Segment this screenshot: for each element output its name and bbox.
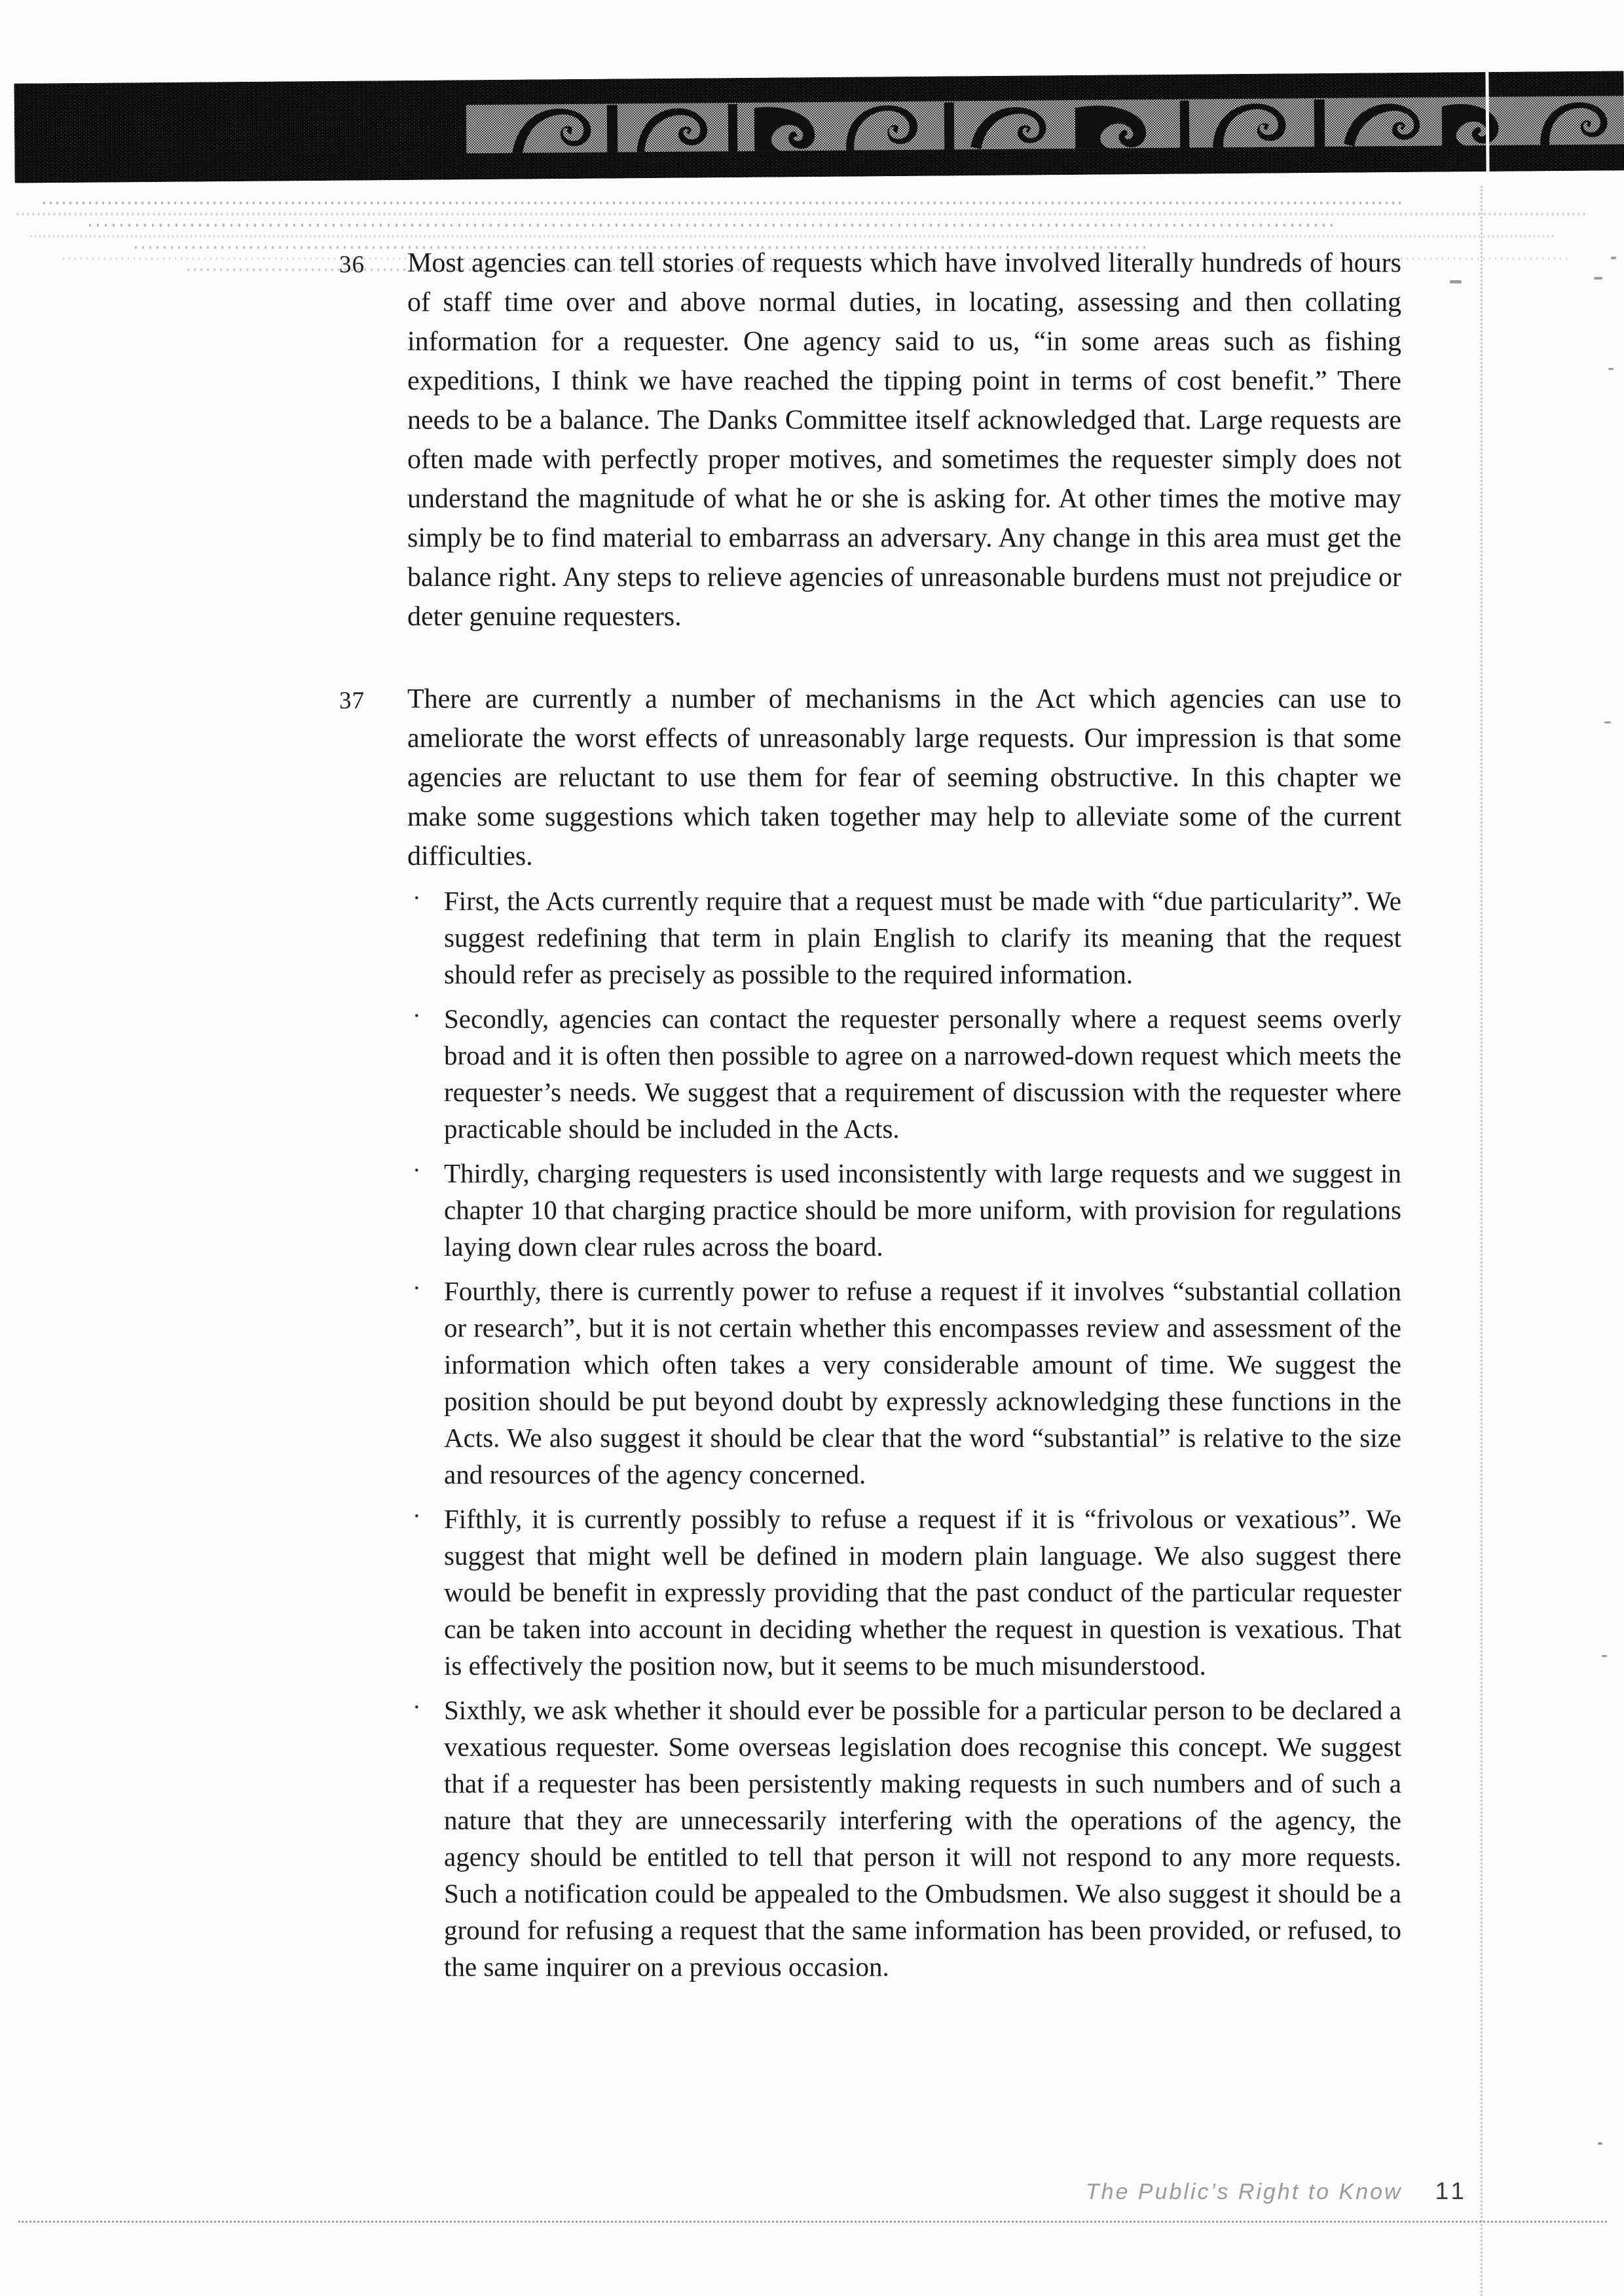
paragraph-number: 36 [339, 246, 365, 285]
bullet-marker-icon: · [413, 1689, 421, 1726]
paragraph-37: 37 There are currently a number of mecha… [339, 680, 1401, 876]
page-number: 11 [1435, 2178, 1468, 2204]
footer-title: The Public’s Right to Know [1086, 2179, 1403, 2204]
bullet-marker-icon: · [413, 1152, 421, 1189]
paragraph-text: Most agencies can tell stories of reques… [407, 244, 1401, 636]
document-page: 36 Most agencies can tell stories of req… [0, 0, 1624, 2296]
bullet-marker-icon: · [413, 1498, 421, 1535]
bullet-text: Thirdly, charging requesters is used inc… [444, 1158, 1401, 1262]
scan-noise-row [89, 224, 1333, 227]
bullet-text: First, the Acts currently require that a… [444, 886, 1401, 989]
scan-artifact-speck [1450, 280, 1462, 283]
bullet-marker-icon: · [413, 998, 421, 1034]
koru-pattern-band [14, 71, 1624, 183]
bullet-item: · Secondly, agencies can contact the req… [407, 1000, 1401, 1147]
koru-pattern-icon [14, 71, 1624, 183]
scan-noise-row [17, 213, 1589, 215]
margin-dotted-line [1481, 186, 1483, 2296]
scan-artifact-speck [1602, 1655, 1607, 1657]
scan-noise-row [43, 202, 1405, 204]
scan-artifact-speck [1598, 2142, 1602, 2145]
bullet-item: · Fourthly, there is currently power to … [407, 1273, 1401, 1493]
bullet-text: Secondly, agencies can contact the reque… [444, 1004, 1401, 1144]
bullet-text: Fifthly, it is currently possibly to ref… [444, 1504, 1401, 1681]
footer: The Public’s Right to Know 11 [1086, 2178, 1468, 2205]
bullet-item: · Sixthly, we ask whether it should ever… [407, 1692, 1401, 1985]
bullet-marker-icon: · [413, 880, 421, 917]
paragraph-text: There are currently a number of mechanis… [407, 680, 1401, 876]
paragraph-36: 36 Most agencies can tell stories of req… [339, 244, 1401, 636]
scan-artifact-speck [1611, 257, 1616, 259]
bullet-marker-icon: · [413, 1270, 421, 1307]
bullet-item: · First, the Acts currently require that… [407, 883, 1401, 993]
bullet-item: · Thirdly, charging requesters is used i… [407, 1155, 1401, 1265]
scan-artifact-speck [1604, 721, 1611, 723]
footer-dotted-rule [18, 2221, 1607, 2223]
scan-artifact-speck [1608, 368, 1614, 370]
paragraph-number: 37 [339, 682, 365, 721]
bullet-text: Sixthly, we ask whether it should ever b… [444, 1695, 1401, 1982]
bullet-list: · First, the Acts currently require that… [407, 883, 1401, 1993]
scan-noise-row [30, 235, 1556, 238]
scan-artifact-speck [1594, 277, 1602, 280]
bullet-text: Fourthly, there is currently power to re… [444, 1276, 1401, 1489]
bullet-item: · Fifthly, it is currently possibly to r… [407, 1501, 1401, 1684]
